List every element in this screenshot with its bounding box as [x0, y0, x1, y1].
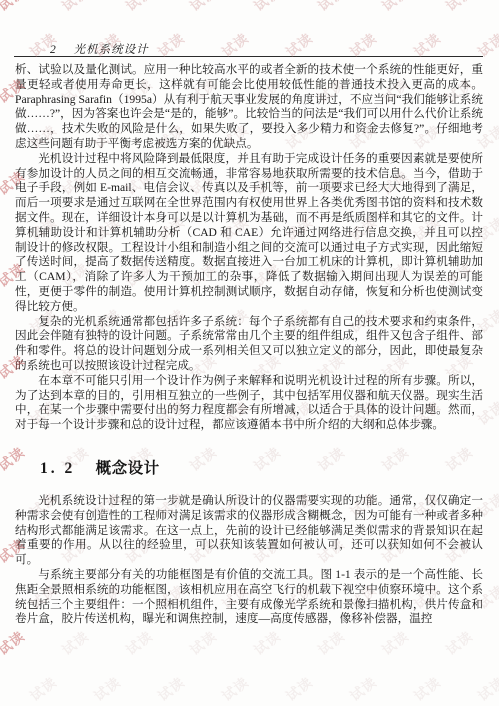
trial-read-watermark: 试读: [57, 0, 92, 15]
trial-read-watermark: 试读: [441, 0, 476, 15]
trial-read-watermark: 试读: [281, 671, 316, 705]
trial-read-watermark: 试读: [153, 671, 188, 705]
trial-read-watermark: 试读: [185, 625, 220, 659]
header-rule: [14, 56, 483, 57]
trial-read-watermark: 试读: [185, 441, 220, 475]
trial-read-watermark: 试读: [409, 671, 444, 705]
trial-read-watermark: 试读: [249, 0, 284, 15]
trial-read-watermark: 试读: [313, 0, 348, 15]
trial-read-watermark: 试读: [345, 671, 380, 705]
trial-read-watermark: 试读: [25, 671, 60, 705]
trial-read-watermark: 试读: [441, 625, 476, 659]
scanned-book-page: 2 光机系统设计 析、试验以及量化测试。应用一种比较高水平的或者全新的技术使一个…: [0, 0, 499, 706]
body-text-after-heading: 光机系统设计过程的第一步就是确认所设计的仪器需要实现的功能。通常，仅仅确定一种需…: [15, 494, 483, 627]
trial-read-watermark: 试读: [249, 441, 284, 475]
trial-read-watermark: 试读: [441, 441, 476, 475]
trial-read-watermark: 试读: [0, 0, 28, 15]
trial-read-watermark: 试读: [473, 671, 499, 705]
trial-read-watermark: 试读: [89, 671, 124, 705]
trial-read-watermark: 试读: [121, 625, 156, 659]
paragraph: 与系统主要部分有关的功能框图是有价值的交流工具。图 1-1 表示的是一个高性能、…: [15, 568, 483, 627]
book-title: 光机系统设计: [74, 44, 149, 56]
trial-read-watermark: 试读: [249, 625, 284, 659]
trial-read-watermark: 试读: [57, 625, 92, 659]
trial-read-watermark: 试读: [185, 0, 220, 15]
page-number: 2: [50, 44, 57, 56]
trial-read-watermark: 试读: [377, 0, 412, 15]
page-header: 2 光机系统设计: [50, 41, 149, 57]
paragraph: 析、试验以及量化测试。应用一种比较高水平的或者全新的技术使一个系统的性能更好，重…: [15, 63, 483, 152]
section-number: 1. 2: [40, 460, 75, 477]
trial-read-watermark: 试读: [0, 625, 28, 659]
trial-read-watermark: 试读: [0, 441, 28, 475]
trial-read-watermark: 试读: [121, 0, 156, 15]
trial-read-watermark: 试读: [217, 671, 252, 705]
paragraph: 在本章不可能只引用一个设计作为例子来解释和说明光机设计过程的所有步骤。所以，为了…: [15, 374, 483, 433]
trial-read-watermark: 试读: [313, 441, 348, 475]
paragraph: 光机系统设计过程的第一步就是确认所设计的仪器需要实现的功能。通常，仅仅确定一种需…: [15, 494, 483, 568]
paragraph: 复杂的光机系统通常都包括许多子系统：每个子系统都有自己的技术要求和约束条件，因此…: [15, 315, 483, 374]
section-title: 概念设计: [96, 460, 160, 477]
trial-read-watermark: 试读: [313, 625, 348, 659]
trial-read-watermark: 试读: [377, 625, 412, 659]
section-heading: 1. 2 概念设计: [40, 456, 160, 478]
trial-read-watermark: 试读: [377, 441, 412, 475]
body-text-before-heading: 析、试验以及量化测试。应用一种比较高水平的或者全新的技术使一个系统的性能更好，重…: [15, 63, 483, 433]
paragraph: 光机设计过程中将风险降到最低限度，并且有助于完成设计任务的重要因素就是要使所有参…: [15, 152, 483, 315]
